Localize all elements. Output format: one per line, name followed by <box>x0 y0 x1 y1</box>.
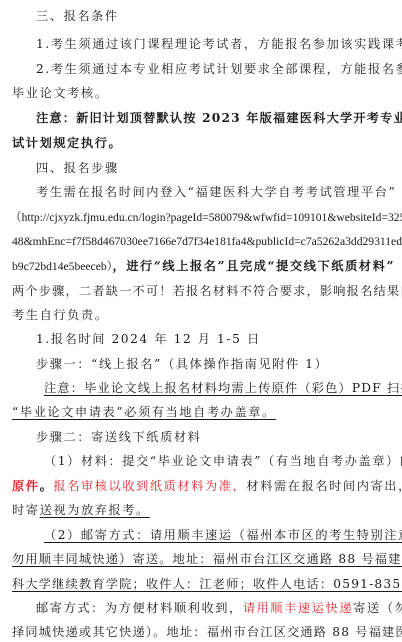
intro-line-1: 考生需在报名时间内登入“福建医科大学自考考试管理平台” <box>36 184 390 200</box>
platform-url-line-1[interactable]: （http://cjxyzk.fjmu.edu.cn/login?pageId=… <box>10 210 390 226</box>
mailing-method-emphasis: 请用顺丰速运快递 <box>243 601 353 615</box>
materials-review-emphasis: 报名审核以收到纸质材料为准， <box>53 479 246 493</box>
materials-line-3-underlined: 送视为放弃报考。 <box>40 503 150 517</box>
mailing-method-text: 邮寄方式：为方便材料顺利收到， <box>36 601 243 615</box>
materials-deadline-text: 材料需在报名时间内寄出，超 <box>246 479 402 493</box>
step-1-note-line-2: “毕业论文申请表”必须有当地自考办盖章。 <box>12 404 390 420</box>
note-line-1: 注意：新旧计划顶替默认按 2023 年版福建医科大学开考专业考 <box>36 110 390 126</box>
note-line-2: 试计划规定执行。 <box>12 135 390 151</box>
intro-line-3-text: ，进行“线上报名”且完成“提交线下纸质材料” <box>112 259 395 273</box>
materials-line-1: （1）材料：提交“毕业论文申请表”（有当地自考办盖章）的 <box>44 453 390 469</box>
section-3-heading: 三、报名条件 <box>36 8 390 24</box>
materials-original-emphasis: 原件 <box>12 479 40 493</box>
section-4-heading: 四、报名步骤 <box>36 160 390 176</box>
step-1-note-line-1: 注意：毕业论文线上报名材料均需上传原件（彩色）PDF 扫描件。 <box>44 380 390 396</box>
condition-item-1: 1.考生须通过该门课程理论考试者，方能报名参加该实践课考核。 <box>36 36 390 52</box>
mailing-line-3: 科大学继续教育学院；收件人：江老师；收件人电话：0591-83569342。 <box>12 576 390 592</box>
mailing-method-text-2: 寄送（勿选 <box>353 601 402 615</box>
intro-line-5: 考生自行负责。 <box>12 307 390 323</box>
intro-line-3: b9c72bd14e5beeceb），进行“线上报名”且完成“提交线下纸质材料” <box>12 258 390 275</box>
mailing-method-line-2: 择同城快递或其它快递）。地址：福州市台江区交通路 88 号福建医 <box>12 624 390 640</box>
step-2-heading: 步骤二：寄送线下纸质材料 <box>36 429 390 445</box>
condition-item-2-line-2: 毕业论文考核。 <box>12 85 390 101</box>
mailing-method-line-1: 邮寄方式：为方便材料顺利收到，请用顺丰速运快递寄送（勿选 <box>36 600 390 616</box>
materials-line-3: 时寄送视为放弃报考。 <box>12 502 390 518</box>
document-page: 三、报名条件 1.考生须通过该门课程理论考试者，方能报名参加该实践课考核。 2.… <box>0 0 402 642</box>
step-1-heading: 步骤一：“线上报名”（具体操作指南见附件 1） <box>36 356 390 372</box>
mailing-line-1: （2）邮寄方式：请用顺丰速运（福州本市区的考生特别注意： <box>44 527 390 543</box>
mailing-line-2: 勿用顺丰同城快递）寄送。地址：福州市台江区交通路 88 号福建医 <box>12 551 390 567</box>
platform-url-line-2[interactable]: 48&mhEnc=f7f58d467030ee7166e7d7f34e181fa… <box>12 234 390 250</box>
intro-line-4: 两个步骤，二者缺一不可！若报名材料不符合要求，影响报名结果由 <box>12 283 390 299</box>
materials-separator: 。 <box>40 479 54 493</box>
condition-item-2-line-1: 2.考生须通过本专业相应考试计划要求全部课程，方能报名参加 <box>36 61 390 77</box>
materials-line-2: 原件。报名审核以收到纸质材料为准，材料需在报名时间内寄出，超 <box>12 478 390 494</box>
materials-line-3-plain: 时寄 <box>12 503 40 517</box>
platform-url-line-3[interactable]: b9c72bd14e5beeceb） <box>12 260 112 273</box>
registration-time: 1.报名时间 2024 年 12 月 1-5 日 <box>36 331 390 347</box>
